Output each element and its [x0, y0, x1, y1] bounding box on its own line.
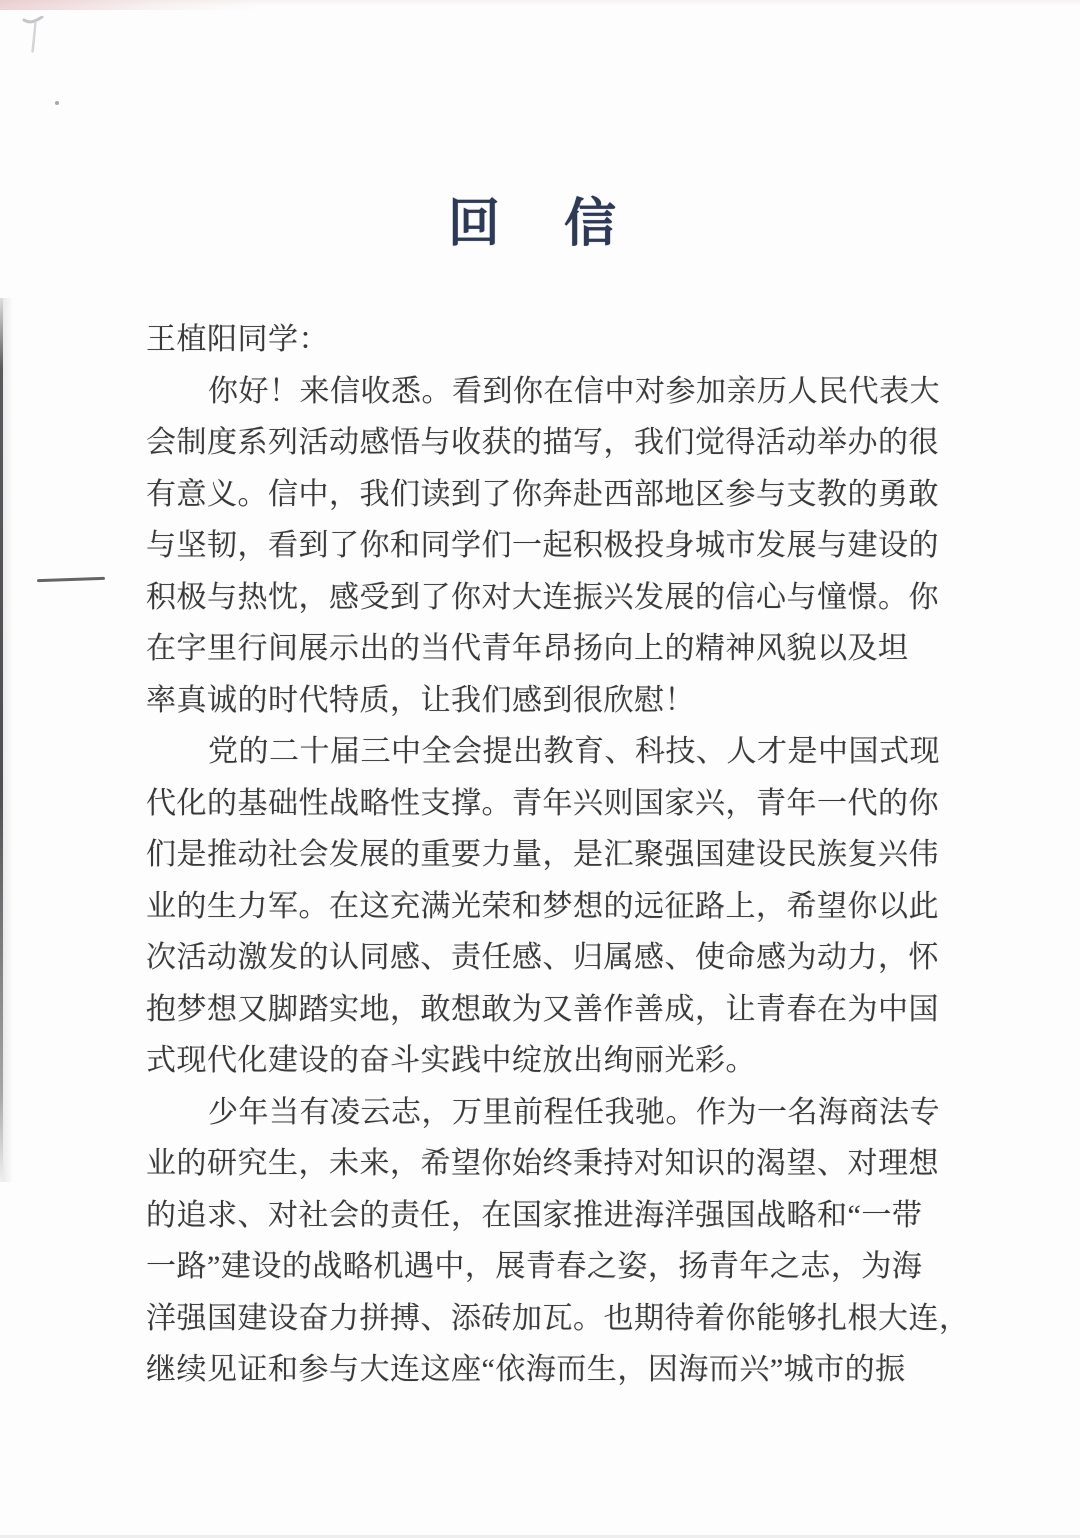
- letter-line: 率真诚的时代特质，让我们感到很欣慰！: [146, 675, 924, 727]
- letter-line: 次活动激发的认同感、责任感、归属感、使命感为动力，怀: [146, 932, 924, 984]
- letter-line: 的追求、对社会的责任，在国家推进海洋强国战略和“一带: [146, 1190, 924, 1242]
- letter-body: 回 信 王植阳同学：你好！来信收悉。看到你在信中对参加亲历人民代表大会制度系列活…: [146, 192, 924, 1396]
- letter-title: 回 信: [146, 192, 924, 258]
- pen-mark: [22, 16, 48, 56]
- letter-line: 业的生力军。在这充满光荣和梦想的远征路上，希望你以此: [146, 881, 924, 933]
- letter-line: 继续见证和参与大连这座“依海而生，因海而兴”城市的振: [146, 1344, 924, 1396]
- ink-dot: [55, 101, 59, 105]
- letter-line: 式现代化建设的奋斗实践中绽放出绚丽光彩。: [146, 1035, 924, 1087]
- margin-dash-mark: [37, 577, 105, 582]
- letter-line: 抱梦想又脚踏实地，敢想敢为又善作善成，让青春在为中国: [146, 984, 924, 1036]
- letter-line: 一路”建设的战略机遇中，展青春之姿，扬青年之志，为海: [146, 1241, 924, 1293]
- letter-line: 会制度系列活动感悟与收获的描写，我们觉得活动举办的很: [146, 417, 924, 469]
- letter-line: 与坚韧，看到了你和同学们一起积极投身城市发展与建设的: [146, 520, 924, 572]
- letter-line: 在字里行间展示出的当代青年昂扬向上的精神风貌以及坦: [146, 623, 924, 675]
- letter-line: 们是推动社会发展的重要力量，是汇聚强国建设民族复兴伟: [146, 829, 924, 881]
- letter-line: 党的二十届三中全会提出教育、科技、人才是中国式现: [146, 726, 924, 778]
- letter-line: 代化的基础性战略性支撑。青年兴则国家兴，青年一代的你: [146, 778, 924, 830]
- letter-line: 王植阳同学：: [146, 314, 924, 366]
- letter-lines: 王植阳同学：你好！来信收悉。看到你在信中对参加亲历人民代表大会制度系列活动感悟与…: [146, 314, 924, 1396]
- scanned-letter-page: 回 信 王植阳同学：你好！来信收悉。看到你在信中对参加亲历人民代表大会制度系列活…: [0, 0, 1080, 1538]
- scan-top-left-smear: [0, 0, 260, 10]
- letter-line: 你好！来信收悉。看到你在信中对参加亲历人民代表大: [146, 366, 924, 418]
- letter-line: 积极与热忱，感受到了你对大连振兴发展的信心与憧憬。你: [146, 572, 924, 624]
- letter-line: 有意义。信中，我们读到了你奔赴西部地区参与支教的勇敢: [146, 469, 924, 521]
- letter-line: 洋强国建设奋力拼搏、添砖加瓦。也期待着你能够扎根大连，: [146, 1293, 924, 1345]
- letter-line: 业的研究生，未来，希望你始终秉持对知识的渴望、对理想: [146, 1138, 924, 1190]
- letter-line: 少年当有凌云志，万里前程任我驰。作为一名海商法专: [146, 1087, 924, 1139]
- scan-left-edge-shadow: [3, 298, 13, 1182]
